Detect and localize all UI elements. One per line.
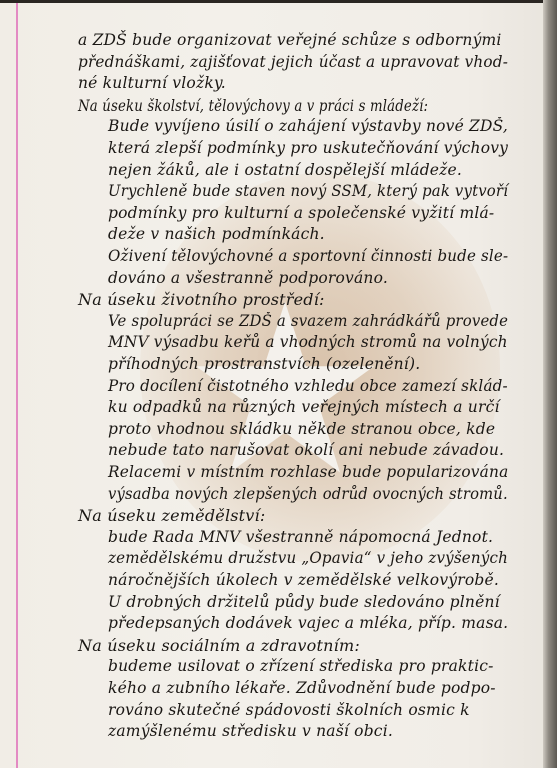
text-line: U drobných držitelů půdy bude sledováno … [108, 593, 500, 611]
text-line: Relacemi v místním rozhlase bude popular… [108, 463, 508, 481]
handwritten-text: a ZDŠ bude organizovat veřejné schůze s … [0, 3, 548, 768]
text-line: Bude vyvíjeno úsilí o zahájení výstavby … [108, 117, 508, 135]
text-line: příhodných prostranstvích (ozelenění). [108, 355, 420, 373]
section-heading: Na úseku životního prostředí: [78, 290, 325, 309]
notebook-page: a ZDŠ bude organizovat veřejné schůze s … [0, 3, 548, 768]
text-line: výsadba nových zlepšených odrůd ovocných… [108, 485, 508, 503]
text-line: Urychleně bude staven nový SSM, který pa… [108, 182, 508, 200]
text-line: proto vhodnou skládku někde stranou obce… [108, 420, 495, 438]
text-line: nebude tato narušovat okolí ani nebude z… [108, 441, 504, 459]
text-line: né kulturní vložky. [78, 74, 226, 92]
text-line: bude Rada MNV všestranně nápomocná Jedno… [108, 528, 493, 546]
text-line: ku odpadků na různých veřejných místech … [108, 398, 500, 416]
text-line: Oživení tělovýchovné a sportovní činnost… [108, 247, 508, 265]
text-line: a ZDŠ bude organizovat veřejné schůze s … [78, 31, 502, 49]
text-line: deže v našich podmínkách. [108, 225, 325, 243]
text-line: předepsaných dodávek vajec a mléka, příp… [108, 614, 508, 632]
text-line: MNV výsadbu keřů a vhodných stromů na vo… [108, 333, 508, 351]
page-edge-shadow [543, 0, 557, 768]
text-line: rováno skutečné spádovosti školních osmi… [108, 701, 470, 719]
section-heading: Na úseku zemědělství: [78, 506, 265, 525]
text-line: dováno a všestranně podporováno. [108, 269, 388, 287]
text-line: kého a zubního lékaře. Zdůvodnění bude p… [108, 679, 496, 697]
text-line: přednáškami, zajišťovat jejich účast a u… [78, 53, 508, 71]
text-line: která zlepší podmínky pro uskutečňování … [108, 139, 508, 157]
text-line: nejen žáků, ale i ostatní dospělejší mlá… [108, 161, 462, 179]
text-line: zemědělskému družstvu „Opavia“ v jeho zv… [108, 549, 508, 567]
text-line: zamýšlenému středisku v naší obci. [108, 722, 393, 740]
section-heading: Na úseku školství, tělovýchovy a v práci… [78, 96, 428, 115]
text-line: podmínky pro kulturní a společenské vyži… [108, 204, 494, 222]
text-line: Pro docílení čistotného vzhledu obce zam… [108, 377, 508, 395]
text-line: Ve spolupráci se ZDŠ a svazem zahrádkářů… [108, 312, 508, 330]
text-line: budeme usilovat o zřízení střediska pro … [108, 657, 494, 675]
text-line: náročnějších úkolech v zemědělské velkov… [108, 571, 499, 589]
section-heading: Na úseku sociálním a zdravotním: [78, 636, 360, 655]
